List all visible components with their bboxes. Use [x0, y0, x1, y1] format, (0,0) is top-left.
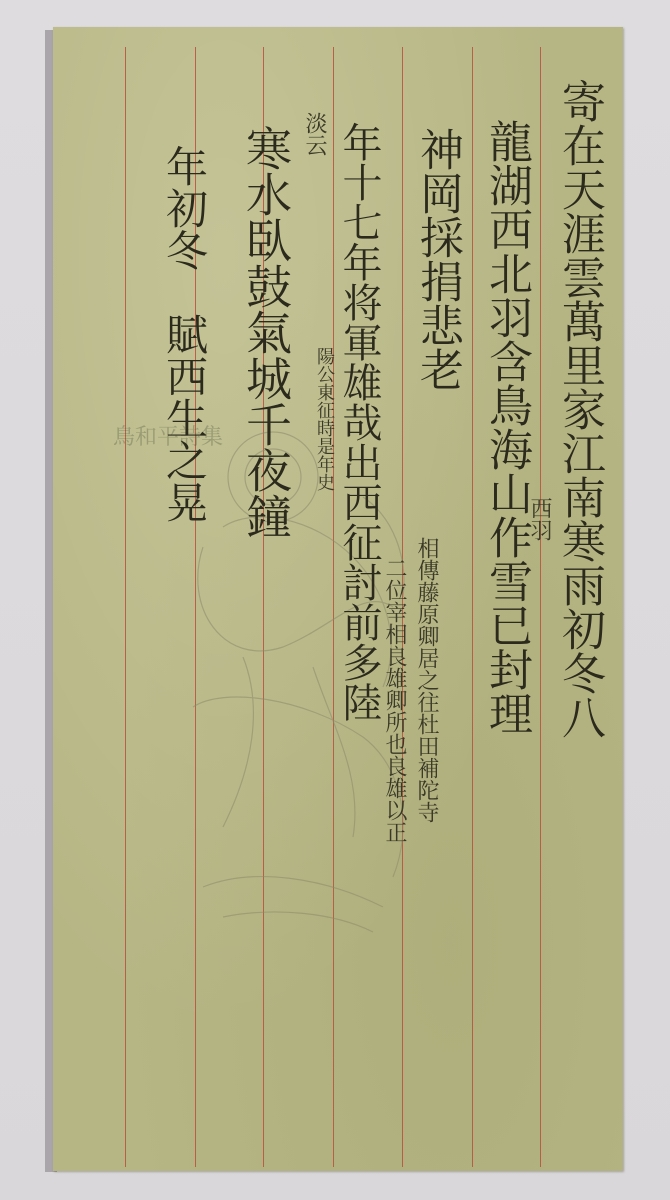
column-text: 神岡採捐悲老	[415, 127, 459, 391]
poem-column-1: 寄在天涯雲萬里家江南寒雨初冬八	[553, 79, 601, 739]
annotation-column-2: 西羽	[528, 497, 550, 541]
poem-column-6: 年初冬 賦西生之晃	[161, 145, 205, 523]
calligraphy-paper: 鳥和平詩集 寄在天涯雲萬里家江南寒雨初冬八 龍湖西北羽含鳥海山作雪已封理 西羽 …	[53, 27, 623, 1171]
annotation-column-4a: 二位宰相良雄卿所也良雄以正	[383, 557, 405, 843]
poem-column-3: 神岡採捐悲老	[411, 127, 459, 391]
annotation-text: 相傳藤原卿居之往杜田補陀寺	[415, 537, 437, 823]
poem-column-2: 龍湖西北羽含鳥海山作雪已封理	[480, 119, 528, 735]
annotation-text: 二位宰相良雄卿所也良雄以正	[383, 557, 405, 843]
column-text: 年初冬 賦西生之晃	[163, 145, 205, 523]
annotation-text: 陽公東征時是年史	[315, 347, 333, 491]
annotation-column-3: 相傳藤原卿居之往杜田補陀寺	[415, 537, 437, 823]
poem-column-4: 年十七年将軍雄哉出西征討前多陸	[335, 122, 379, 722]
column-text: 龍湖西北羽含鳥海山作雪已封理	[484, 119, 528, 735]
poem-column-5: 寒水臥鼓氣城千夜鐘	[241, 125, 289, 539]
column-text: 年十七年将軍雄哉出西征討前多陸	[339, 122, 379, 722]
column-text: 寒水臥鼓氣城千夜鐘	[243, 125, 289, 539]
ruled-line	[472, 47, 473, 1167]
column-text: 寄在天涯雲萬里家江南寒雨初冬八	[557, 79, 601, 739]
annotation-column-5: 淡云	[303, 112, 325, 156]
annotation-column-4b: 陽公東征時是年史	[315, 347, 333, 491]
photo-frame: 鳥和平詩集 寄在天涯雲萬里家江南寒雨初冬八 龍湖西北羽含鳥海山作雪已封理 西羽 …	[0, 0, 670, 1200]
ruled-line	[125, 47, 126, 1167]
annotation-text: 淡云	[303, 112, 325, 156]
ruled-line	[540, 47, 541, 1167]
annotation-text: 西羽	[528, 497, 550, 541]
